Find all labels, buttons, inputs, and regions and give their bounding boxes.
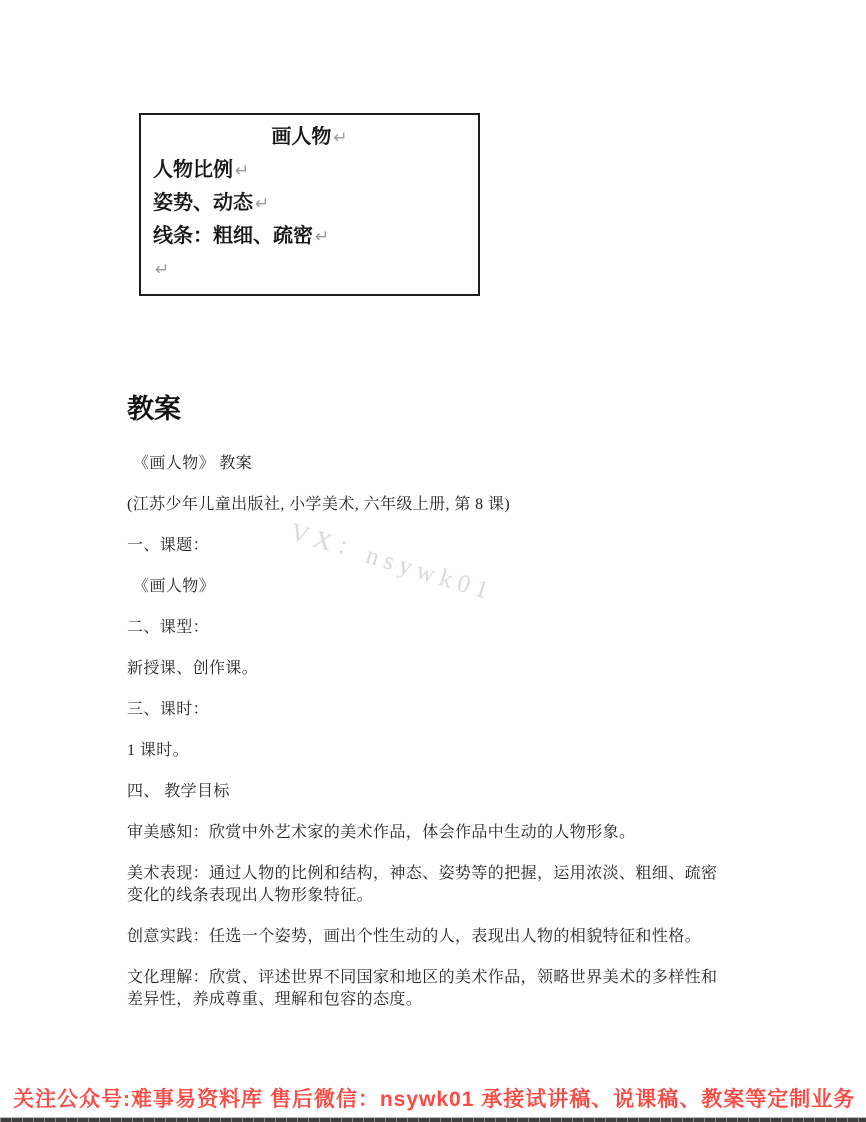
doc-source-line: (江苏少年儿童出版社, 小学美术, 六年级上册, 第 8 课)	[127, 494, 727, 516]
section-4-label: 四、 教学目标	[127, 781, 727, 803]
section-3-value: 1 课时。	[127, 740, 727, 762]
paragraph-mark-icon: ↵	[233, 161, 249, 181]
bottom-ticked-bar	[0, 1117, 866, 1122]
box-title: 画人物	[271, 126, 331, 148]
box-line: 线条：粗细、疏密↵	[153, 220, 466, 253]
objective-expression: 美术表现：通过人物的比例和结构，神态、姿势等的把握，运用浓淡、粗细、疏密变化的线…	[127, 863, 727, 907]
paragraph-mark-icon: ↵	[253, 194, 269, 214]
doc-subtitle: 《画人物》 教案	[127, 453, 727, 475]
page-content: 画人物↵ 人物比例↵ 姿势、动态↵ 线条：粗细、疏密↵ ↵ 教案 《画人物》 教…	[0, 0, 866, 1011]
box-empty-line: ↵	[153, 253, 466, 286]
section-2-label: 二、课型：	[127, 617, 727, 639]
box-title-line: 画人物↵	[153, 121, 466, 154]
objective-culture: 文化理解：欣赏、评述世界不同国家和地区的美术作品，领略世界美术的多样性和差异性，…	[127, 967, 727, 1011]
paragraph-mark-icon: ↵	[313, 227, 329, 247]
section-1-value: 《画人物》	[127, 576, 727, 598]
box-line: 姿势、动态↵	[153, 187, 466, 220]
paragraph-mark-icon: ↵	[331, 128, 347, 148]
promo-banner-text: 关注公众号:难事易资料库 售后微信：nsywk01 承接试讲稿、说课稿、教案等定…	[13, 1086, 855, 1114]
box-line-text: 姿势、动态	[153, 192, 253, 214]
box-line-text: 人物比例	[153, 159, 233, 181]
section-1-label: 一、课题：	[127, 535, 727, 557]
section-3-label: 三、课时：	[127, 699, 727, 721]
objective-aesthetic: 审美感知：欣赏中外艺术家的美术作品，体会作品中生动的人物形象。	[127, 822, 727, 844]
lesson-outline-box: 画人物↵ 人物比例↵ 姿势、动态↵ 线条：粗细、疏密↵ ↵	[139, 113, 480, 296]
paragraph-mark-icon: ↵	[153, 260, 169, 280]
box-line: 人物比例↵	[153, 154, 466, 187]
objective-practice: 创意实践：任选一个姿势，画出个性生动的人，表现出人物的相貌特征和性格。	[127, 926, 727, 948]
document-page: 画人物↵ 人物比例↵ 姿势、动态↵ 线条：粗细、疏密↵ ↵ 教案 《画人物》 教…	[0, 0, 866, 1122]
box-line-text: 线条：粗细、疏密	[153, 225, 313, 247]
page-title: 教案	[127, 391, 740, 427]
section-2-value: 新授课、创作课。	[127, 658, 727, 680]
